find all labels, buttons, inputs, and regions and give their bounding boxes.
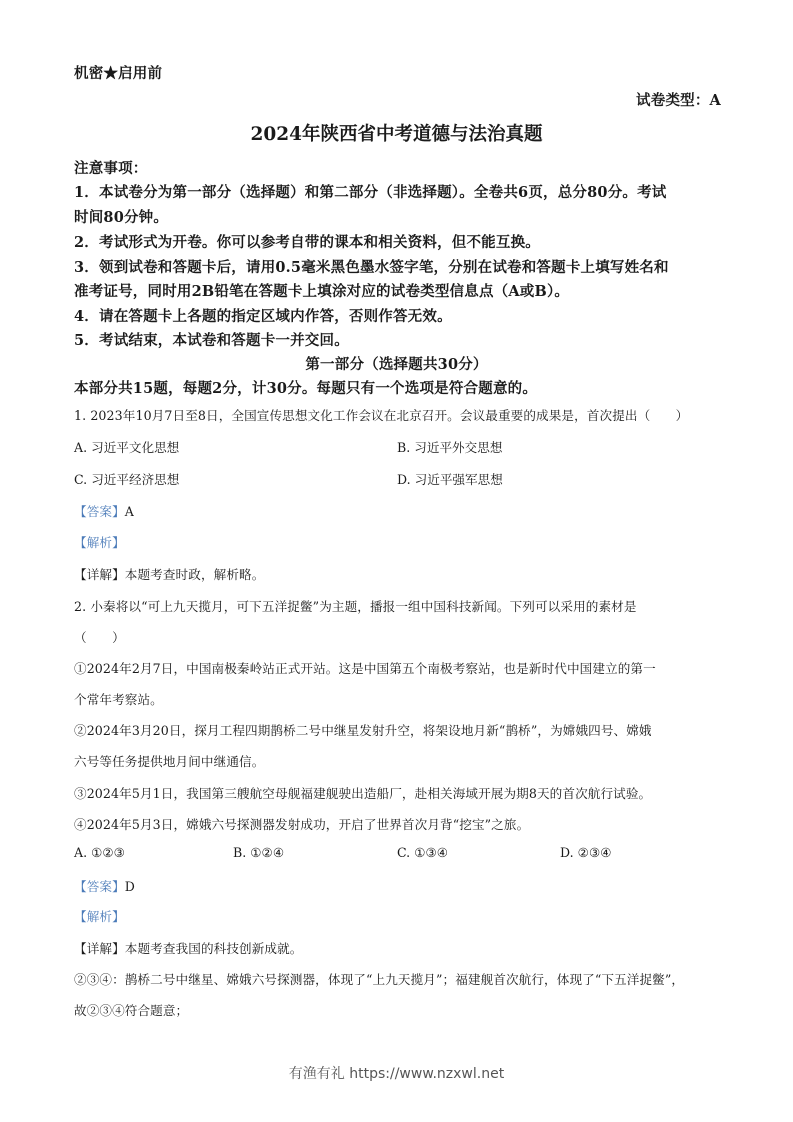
- analysis-tag: 【解析】: [74, 906, 125, 925]
- option-c: C. 习近平经济思想: [74, 469, 179, 488]
- detail-line: 【详解】本题考查时政，解析略。: [74, 564, 264, 583]
- option-d: D. ②③④: [560, 845, 612, 860]
- answer-line: 【答案】D: [74, 876, 135, 895]
- section-instruction: 本部分共15题，每题2分，计30分。每题只有一个选项是符合题意的。: [74, 377, 537, 398]
- material-item: 六号等任务提供地月间中继通信。: [74, 751, 264, 770]
- note-item: 1．本试卷分为第一部分（选择题）和第二部分（非选择题）。全卷共6页，总分80分。…: [74, 181, 667, 202]
- material-item: ②2024年3月20日，探月工程四期鹊桥二号中继星发射升空，将架设地月新“鹊桥”…: [74, 720, 652, 739]
- notes-heading: 注意事项：: [74, 157, 148, 178]
- section-heading: 第一部分（选择题共30分）: [0, 353, 793, 374]
- note-item: 2．考试形式为开卷。你可以参考自带的课本和相关资料，但不能互换。: [74, 231, 540, 252]
- question-stem: 2. 小秦将以“可上九天揽月，可下五洋捉鳖”为主题，播报一组中国科技新闻。下列可…: [74, 596, 637, 615]
- detail-text: ②③④：鹊桥二号中继星、嫦娥六号探测器，体现了“上九天揽月”；福建舰首次航行，体…: [74, 969, 684, 988]
- material-item: 个常年考察站。: [74, 689, 163, 708]
- note-item: 5．考试结束，本试卷和答题卡一并交回。: [74, 329, 349, 350]
- analysis-tag: 【解析】: [74, 532, 125, 551]
- detail-text: 本题考查时政，解析略。: [125, 567, 265, 582]
- note-item: 4．请在答题卡上各题的指定区域内作答，否则作答无效。: [74, 305, 452, 326]
- detail-text: 本题考查我国的科技创新成就。: [125, 941, 303, 956]
- option-a: A. 习近平文化思想: [74, 437, 179, 456]
- material-item: ④2024年5月3日，嫦娥六号探测器发射成功，开启了世界首次月背“挖宝”之旅。: [74, 814, 529, 833]
- material-item: ③2024年5月1日，我国第三艘航空母舰福建舰驶出造船厂，赴相关海域开展为期8天…: [74, 783, 651, 802]
- option-b: B. 习近平外交思想: [397, 437, 502, 456]
- question-stem: 1. 2023年10月7日至8日，全国宣传思想文化工作会议在北京召开。会议最重要…: [74, 405, 688, 424]
- answer-tag: 【答案】: [74, 504, 125, 519]
- answer-value: A: [125, 504, 134, 519]
- paper-type-label: 试卷类型：A: [636, 89, 721, 110]
- note-item: 准考证号，同时用2B铅笔在答题卡上填涂对应的试卷类型信息点（A或B）。: [74, 280, 569, 301]
- answer-line: 【答案】A: [74, 501, 134, 520]
- detail-line: 【详解】本题考查我国的科技创新成就。: [74, 938, 303, 957]
- detail-text: 故②③④符合题意；: [74, 1000, 188, 1019]
- question-stem-bracket: （ ）: [74, 627, 125, 646]
- page-title: 2024年陕西省中考道德与法治真题: [0, 120, 793, 146]
- detail-tag: 【详解】: [74, 567, 125, 582]
- option-c: C. ①③④: [397, 845, 448, 860]
- footer-watermark: 有渔有礼 https://www.nzxwl.net: [0, 1063, 793, 1083]
- note-item: 3．领到试卷和答题卡后，请用0.5毫米黑色墨水签字笔，分别在试卷和答题卡上填写姓…: [74, 256, 669, 277]
- option-b: B. ①②④: [233, 845, 284, 860]
- note-item: 时间80分钟。: [74, 206, 168, 227]
- option-d: D. 习近平强军思想: [397, 469, 503, 488]
- material-item: ①2024年2月7日，中国南极秦岭站正式开站。这是中国第五个南极考察站，也是新时…: [74, 658, 656, 677]
- detail-tag: 【详解】: [74, 941, 125, 956]
- answer-tag: 【答案】: [74, 879, 125, 894]
- answer-value: D: [125, 879, 135, 894]
- option-a: A. ①②③: [74, 845, 125, 860]
- confidential-label: 机密★启用前: [74, 62, 162, 83]
